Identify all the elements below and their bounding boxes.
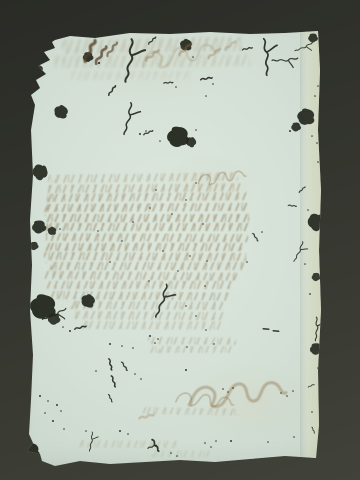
ink-squiggle <box>121 361 127 371</box>
ink-blot <box>310 343 322 354</box>
faded-flourish <box>198 170 247 185</box>
ink-speck <box>316 142 318 144</box>
ink-squiggle <box>298 187 306 193</box>
ink-blot <box>29 80 38 88</box>
ink-speck <box>317 161 319 163</box>
ink-squiggle <box>224 41 237 50</box>
ink-speck <box>139 133 141 135</box>
ink-speck <box>132 221 134 223</box>
ink-speck <box>39 395 41 397</box>
ink-speck <box>210 446 212 448</box>
ink-speck <box>185 199 187 201</box>
ink-speck <box>59 228 61 230</box>
ink-squiggle <box>243 46 253 52</box>
ink-speck <box>202 223 204 225</box>
ink-tendril <box>272 58 299 69</box>
ink-speck <box>47 400 49 402</box>
ink-speck <box>154 342 156 344</box>
ink-speck <box>286 395 288 397</box>
ink-blot <box>31 64 44 77</box>
ink-speck <box>293 436 295 438</box>
ink-tendril <box>89 432 99 452</box>
manuscript-photo <box>0 0 360 480</box>
ink-tendril <box>295 42 315 56</box>
ink-speck <box>63 428 65 430</box>
ink-blot <box>46 225 58 237</box>
ink-blot <box>291 122 301 131</box>
ink-blot <box>306 212 326 233</box>
ink-blot <box>32 220 46 233</box>
ink-speck <box>192 56 194 58</box>
ink-speck <box>175 86 177 88</box>
ink-speck <box>205 95 207 97</box>
ink-speck <box>311 135 313 137</box>
ink-marks-layer <box>0 0 360 480</box>
ink-squiggle <box>139 412 153 421</box>
ink-speck <box>132 347 134 349</box>
manuscript-page <box>0 0 360 480</box>
ink-squiggle <box>147 37 157 44</box>
ink-squiggle <box>148 444 157 449</box>
ink-squiggle <box>308 384 314 387</box>
ink-speck <box>157 338 159 340</box>
ink-speck <box>119 430 121 432</box>
ink-speck <box>155 189 157 191</box>
ink-blot <box>79 291 98 310</box>
ink-speck <box>56 404 58 406</box>
ink-speck <box>215 440 217 442</box>
ink-blot <box>31 163 49 182</box>
ink-speck <box>109 343 111 345</box>
ink-speck <box>309 293 311 295</box>
ink-speck <box>95 370 97 372</box>
ink-speck <box>304 263 306 265</box>
ink-speck <box>60 410 62 412</box>
ink-tendril <box>294 242 310 265</box>
ink-speck <box>134 373 136 375</box>
ink-speck <box>204 285 206 287</box>
ink-squiggle <box>312 427 315 433</box>
ink-squiggle <box>253 233 258 242</box>
ink-blot <box>19 441 41 462</box>
ink-speck <box>213 343 215 345</box>
ink-speck <box>307 209 309 211</box>
ink-speck <box>314 95 316 97</box>
ink-squiggle <box>75 324 86 331</box>
ink-speck <box>140 378 142 380</box>
ink-speck <box>195 129 197 131</box>
ink-speck <box>121 240 123 242</box>
ink-squiggle <box>201 75 212 82</box>
ink-speck <box>222 388 224 390</box>
ink-speck <box>186 346 188 348</box>
ink-speck <box>109 261 111 263</box>
ink-speck <box>97 230 99 232</box>
ink-tendril <box>315 317 324 341</box>
ink-blot <box>312 273 321 281</box>
ink-squiggle <box>108 394 112 402</box>
ink-speck <box>62 326 64 328</box>
ink-speck <box>170 452 172 454</box>
ink-speck <box>159 140 161 142</box>
ink-speck <box>185 305 187 307</box>
ink-speck <box>52 420 54 422</box>
ink-speck <box>145 130 147 132</box>
ink-speck <box>98 62 100 64</box>
ink-tendril <box>263 38 279 76</box>
ink-speck <box>85 430 87 432</box>
ink-speck <box>267 441 269 443</box>
ink-squiggle <box>110 376 116 387</box>
ink-squiggle <box>164 80 173 86</box>
ink-speck <box>317 367 319 369</box>
ink-speck <box>171 213 173 215</box>
ink-speck <box>44 412 46 414</box>
ink-squiggle <box>106 86 118 95</box>
ink-tendril <box>156 284 178 321</box>
ink-squiggle <box>107 359 114 370</box>
ink-speck <box>177 270 179 272</box>
ink-speck <box>206 260 208 262</box>
ink-speck <box>176 455 178 457</box>
ink-blot <box>165 125 191 150</box>
ink-speck <box>205 329 207 331</box>
ink-speck <box>127 433 129 435</box>
ink-speck <box>69 330 71 332</box>
ink-speck <box>204 442 206 444</box>
ink-speck <box>195 315 197 317</box>
ink-squiggle <box>288 203 296 210</box>
ink-speck <box>121 345 123 347</box>
ink-speck <box>317 85 319 87</box>
ink-speck <box>292 390 294 392</box>
ink-speck <box>149 207 151 209</box>
ink-tendril <box>124 103 142 137</box>
ink-speck <box>246 261 248 263</box>
ink-blot <box>30 242 39 250</box>
ink-speck <box>149 335 151 337</box>
ink-speck <box>162 250 164 252</box>
ink-blot <box>308 33 318 42</box>
ink-speck <box>185 369 187 371</box>
ink-speck <box>311 411 313 413</box>
ink-squiggle <box>144 131 153 135</box>
ink-speck <box>289 130 291 132</box>
ink-speck <box>189 255 191 257</box>
ink-speck <box>261 231 263 233</box>
ink-speck <box>165 295 167 297</box>
ink-speck <box>148 280 150 282</box>
ink-speck <box>230 440 232 442</box>
ink-blot <box>52 103 71 122</box>
ink-speck <box>195 182 197 184</box>
ink-speck <box>212 83 214 85</box>
